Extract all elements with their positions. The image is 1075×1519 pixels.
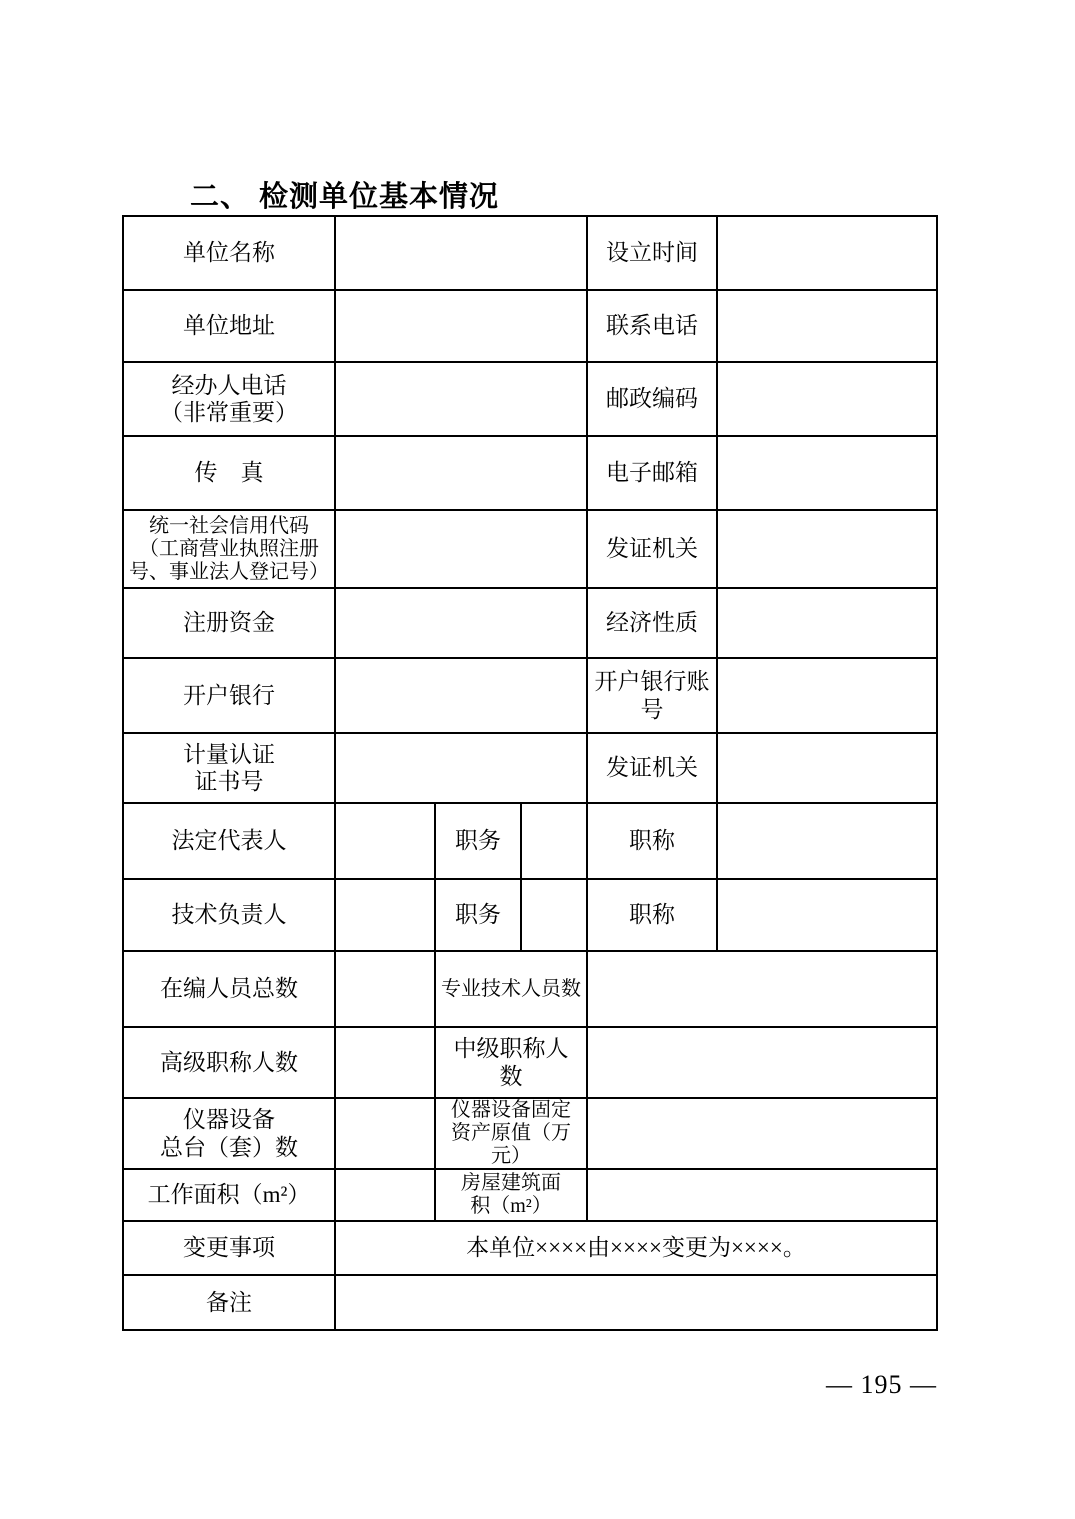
field-value-cell [717, 588, 937, 658]
field-label-cell: 仪器设备固定 资产原值（万 元） [435, 1098, 587, 1169]
field-label-cell: 职务 [435, 803, 521, 879]
field-label-cell: 邮政编码 [587, 362, 717, 436]
field-label-cell: 开户银行 [123, 658, 335, 733]
table-row: 备注 [123, 1275, 937, 1330]
table-row: 统一社会信用代码 （工商营业执照注册 号、事业法人登记号）发证机关 [123, 510, 937, 588]
field-value-cell [335, 658, 587, 733]
field-value-cell [335, 216, 587, 290]
table-row: 单位地址联系电话 [123, 290, 937, 362]
table-row: 注册资金经济性质 [123, 588, 937, 658]
field-value-cell [717, 362, 937, 436]
field-value-cell [521, 879, 587, 951]
field-value-cell [587, 951, 937, 1027]
field-label-cell: 高级职称人数 [123, 1027, 335, 1098]
unit-info-table: 单位名称设立时间单位地址联系电话经办人电话 （非常重要）邮政编码传 真电子邮箱统… [122, 215, 938, 1331]
field-value-cell [335, 879, 435, 951]
field-value-cell [717, 510, 937, 588]
field-label-cell: 变更事项 [123, 1221, 335, 1275]
table-row: 计量认证 证书号发证机关 [123, 733, 937, 803]
field-label-cell: 中级职称人 数 [435, 1027, 587, 1098]
field-value-cell [717, 803, 937, 879]
field-label-cell: 法定代表人 [123, 803, 335, 879]
field-value-cell [335, 951, 435, 1027]
document-page: 二、 检测单位基本情况 单位名称设立时间单位地址联系电话经办人电话 （非常重要）… [0, 0, 1075, 1519]
table-row: 经办人电话 （非常重要）邮政编码 [123, 362, 937, 436]
field-label-cell: 房屋建筑面 积（m²） [435, 1169, 587, 1221]
field-label-cell: 单位地址 [123, 290, 335, 362]
field-value-cell [717, 216, 937, 290]
field-label-cell: 统一社会信用代码 （工商营业执照注册 号、事业法人登记号） [123, 510, 335, 588]
field-value-cell [335, 290, 587, 362]
field-label-cell: 发证机关 [587, 733, 717, 803]
field-label-cell: 电子邮箱 [587, 436, 717, 510]
table-row: 单位名称设立时间 [123, 216, 937, 290]
field-value-cell [521, 803, 587, 879]
field-label-cell: 职称 [587, 879, 717, 951]
section-title: 二、 检测单位基本情况 [190, 174, 499, 215]
table-row: 变更事项本单位××××由××××变更为××××。 [123, 1221, 937, 1275]
field-label-cell: 传 真 [123, 436, 335, 510]
field-value-cell [335, 733, 587, 803]
field-value-cell [335, 588, 587, 658]
table-row: 法定代表人职务职称 [123, 803, 937, 879]
field-label-cell: 计量认证 证书号 [123, 733, 335, 803]
field-label-cell: 工作面积（m²） [123, 1169, 335, 1221]
field-label-cell: 注册资金 [123, 588, 335, 658]
field-label-cell: 技术负责人 [123, 879, 335, 951]
field-value-cell [335, 803, 435, 879]
field-label-cell: 单位名称 [123, 216, 335, 290]
field-label-cell: 开户银行账 号 [587, 658, 717, 733]
table-row: 高级职称人数中级职称人 数 [123, 1027, 937, 1098]
table-row: 工作面积（m²）房屋建筑面 积（m²） [123, 1169, 937, 1221]
field-value-cell [587, 1027, 937, 1098]
field-label-cell: 备注 [123, 1275, 335, 1330]
field-label-cell: 职务 [435, 879, 521, 951]
page-number: — 195 — [826, 1370, 937, 1400]
field-value-cell: 本单位××××由××××变更为××××。 [335, 1221, 937, 1275]
field-label-cell: 经办人电话 （非常重要） [123, 362, 335, 436]
table-row: 开户银行开户银行账 号 [123, 658, 937, 733]
field-label-cell: 仪器设备 总台（套）数 [123, 1098, 335, 1169]
table-row: 仪器设备 总台（套）数仪器设备固定 资产原值（万 元） [123, 1098, 937, 1169]
field-value-cell [335, 1275, 937, 1330]
field-value-cell [717, 733, 937, 803]
field-value-cell [717, 290, 937, 362]
field-value-cell [335, 1027, 435, 1098]
field-label-cell: 联系电话 [587, 290, 717, 362]
field-label-cell: 职称 [587, 803, 717, 879]
field-value-cell [717, 658, 937, 733]
field-label-cell: 在编人员总数 [123, 951, 335, 1027]
field-label-cell: 设立时间 [587, 216, 717, 290]
field-label-cell: 发证机关 [587, 510, 717, 588]
table-row: 在编人员总数专业技术人员数 [123, 951, 937, 1027]
table-row: 技术负责人职务职称 [123, 879, 937, 951]
field-value-cell [587, 1098, 937, 1169]
field-value-cell [335, 436, 587, 510]
field-value-cell [335, 510, 587, 588]
field-value-cell [335, 1169, 435, 1221]
field-value-cell [587, 1169, 937, 1221]
table-row: 传 真电子邮箱 [123, 436, 937, 510]
field-label-cell: 专业技术人员数 [435, 951, 587, 1027]
field-label-cell: 经济性质 [587, 588, 717, 658]
field-value-cell [717, 879, 937, 951]
field-value-cell [717, 436, 937, 510]
field-value-cell [335, 1098, 435, 1169]
field-value-cell [335, 362, 587, 436]
